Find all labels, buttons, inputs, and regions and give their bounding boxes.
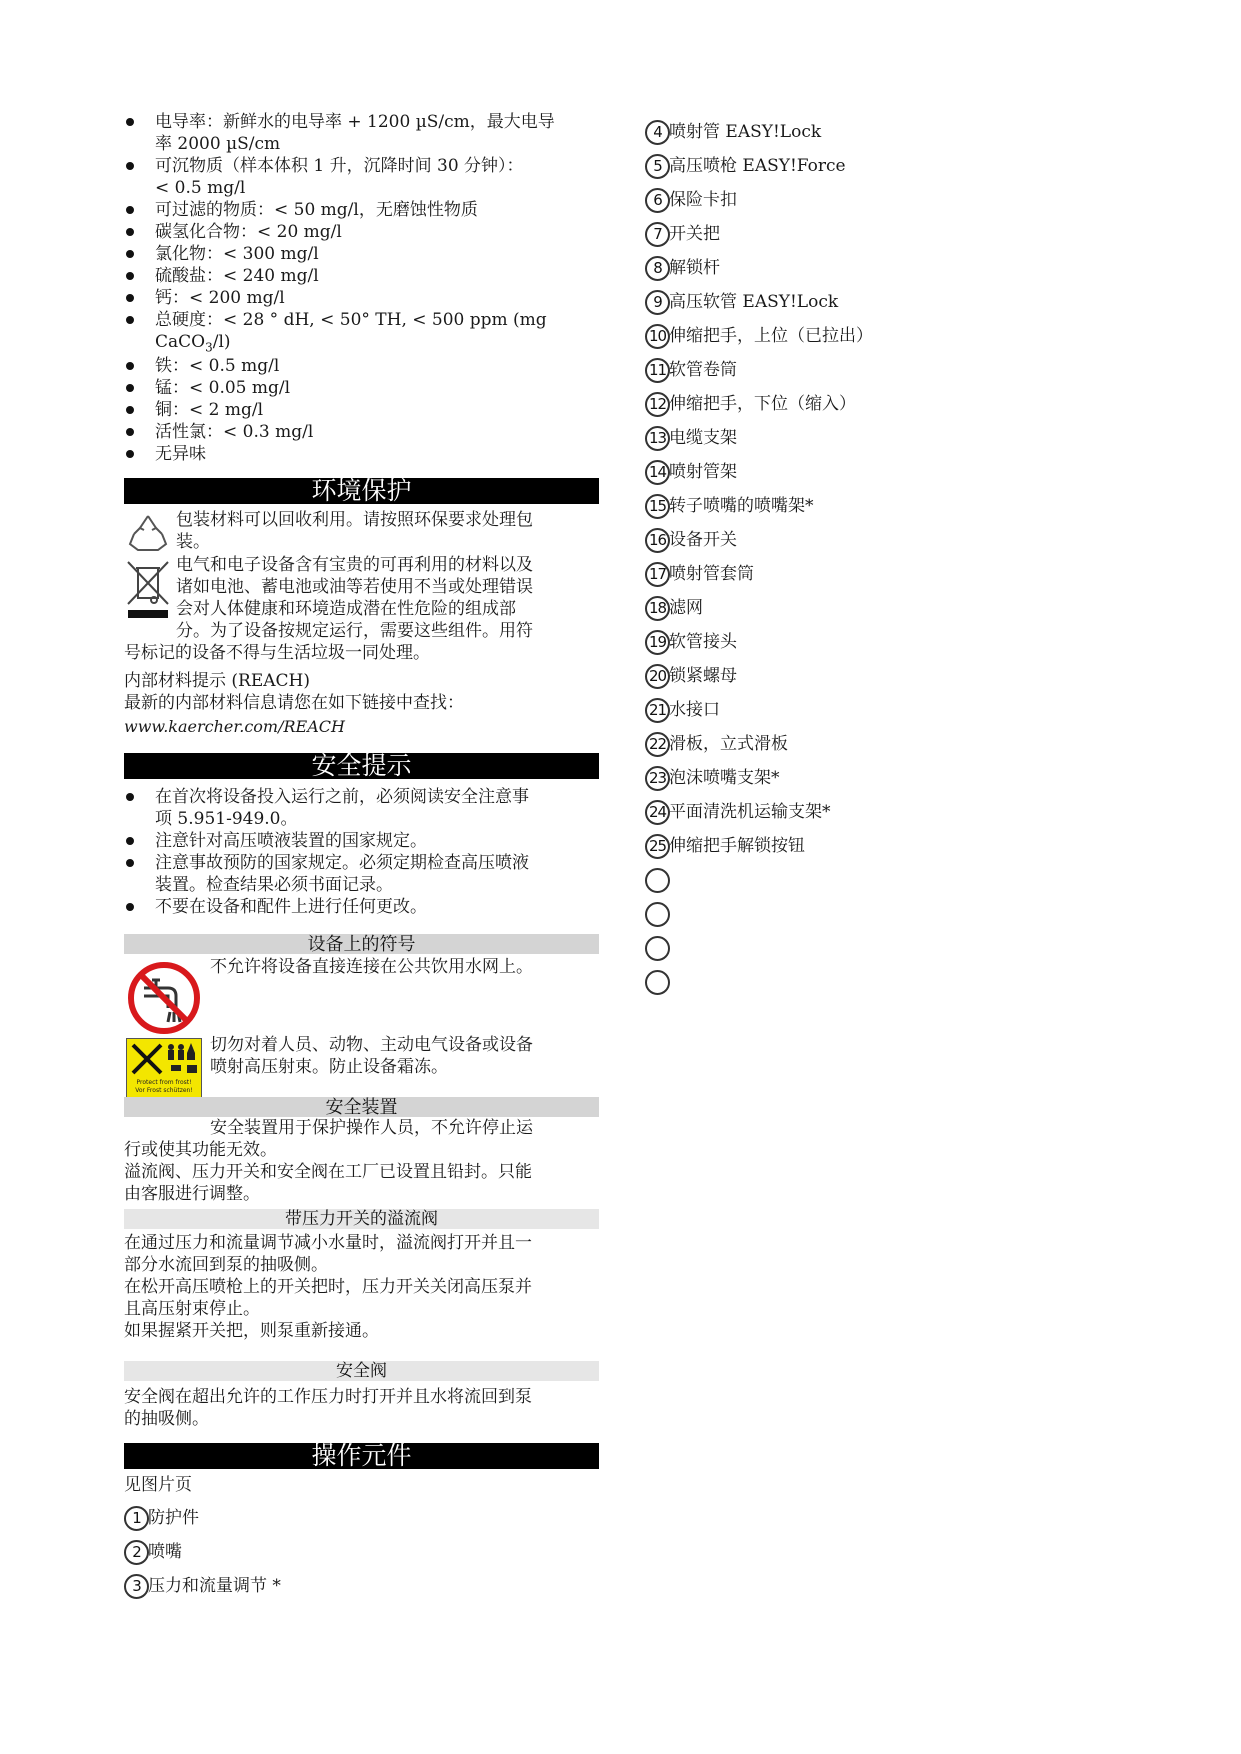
weee-bin-icon [126,560,170,620]
paragraph-line: 且高压射束停止。 [124,1298,260,1320]
number-circle-icon: 22 [645,732,670,757]
recycle-text-line: 包装材料可以回收利用。请按照环保要求处理包 [176,509,533,531]
symbol2-text-line: 切勿对着人员、动物、主动电气设备或设备 [210,1034,533,1056]
bullet-icon [126,793,134,801]
bullet-icon [126,294,134,302]
number-circle-icon: 20 [645,664,670,689]
symbol2-text-line: 喷射高压射束。防止设备霜冻。 [210,1056,448,1078]
number-circle-icon: 11 [645,358,670,383]
section-header-env: 环境保护 [124,478,599,504]
number-circle-icon: 16 [645,528,670,553]
number-circle-icon: 4 [645,120,670,145]
bullet-icon [126,859,134,867]
paragraph-line: 溢流阀、压力开关和安全阀在工厂已设置且铅封。只能 [124,1161,532,1183]
bullet-icon [126,316,134,324]
bullet-icon [126,228,134,236]
paragraph-line: 行或使其功能无效。 [124,1139,277,1161]
number-circle-icon: 10 [645,324,670,349]
number-circle-icon: 15 [645,494,670,519]
number-circle-icon: 19 [645,630,670,655]
paragraph-line: 部分水流回到泵的抽吸侧。 [124,1254,328,1276]
bullet-icon [126,250,134,258]
reach-link[interactable]: www.kaercher.com/REACH [124,716,345,738]
number-circle-icon: 7 [645,222,670,247]
protect-from-frost-warning-icon: Protect from frost! Vor Frost schützen! [126,1038,202,1098]
paragraph-line: 在通过压力和流量调节减小水量时，溢流阀打开并且一 [124,1232,532,1254]
number-circle-icon: 5 [645,154,670,179]
number-circle-icon: 21 [645,698,670,723]
section-header-safety: 安全提示 [124,753,599,779]
number-circle-icon: 6 [645,188,670,213]
recycle-icon [126,512,170,554]
weee-text-line: 号标记的设备不得与生活垃圾一同处理。 [124,642,430,664]
reach-text: 最新的内部材料信息请您在如下链接中查找： [124,692,464,714]
weee-text-line: 诸如电池、蓄电池或油等若使用不当或处理错误 [176,576,533,598]
number-circle-icon: 3 [124,1574,149,1599]
number-circle-icon: 9 [645,290,670,315]
number-circle-icon: 14 [645,460,670,485]
number-circle-icon: 23 [645,766,670,791]
section-header-safety-devices: 安全装置 [124,1097,599,1117]
weee-text-line: 电气和电子设备含有宝贵的可再利用的材料以及 [176,554,533,576]
number-circle-icon [645,902,670,927]
number-circle-icon: 17 [645,562,670,587]
paragraph-line: 由客服进行调整。 [124,1183,260,1205]
bullet-icon [126,272,134,280]
bullet-icon [126,428,134,436]
paragraph-line: 安全装置用于保护操作人员，不允许停止运 [210,1117,533,1139]
bullet-icon [126,206,134,214]
number-circle-icon: 25 [645,834,670,859]
controls-intro: 见图片页 [124,1474,192,1496]
paragraph-line: 的抽吸侧。 [124,1408,209,1430]
bullet-icon [126,903,134,911]
number-circle-icon: 18 [645,596,670,621]
no-drinking-water-connection-icon [126,960,202,1036]
bullet-icon [126,837,134,845]
recycle-text-line: 装。 [176,531,210,553]
symbol1-text: 不允许将设备直接连接在公共饮用水网上。 [210,956,533,978]
paragraph-line: 如果握紧开关把，则泵重新接通。 [124,1320,379,1342]
number-circle-icon: 2 [124,1540,149,1565]
paragraph-line: 在松开高压喷枪上的开关把时，压力开关关闭高压泵并 [124,1276,532,1298]
bullet-icon [126,384,134,392]
weee-text-line: 会对人体健康和环境造成潜在性危险的组成部 [176,598,516,620]
reach-title: 内部材料提示 (REACH) [124,670,310,692]
number-circle-icon: 24 [645,800,670,825]
bullet-icon [126,118,134,126]
section-header-controls: 操作元件 [124,1443,599,1469]
bullet-icon [126,450,134,458]
section-header-overflow-valve: 带压力开关的溢流阀 [124,1209,599,1229]
bullet-icon [126,162,134,170]
section-header-symbols: 设备上的符号 [124,934,599,954]
section-header-safety-valve: 安全阀 [124,1361,599,1381]
number-circle-icon: 8 [645,256,670,281]
bullet-icon [126,362,134,370]
number-circle-icon [645,970,670,995]
paragraph-line: 安全阀在超出允许的工作压力时打开并且水将流回到泵 [124,1386,532,1408]
number-circle-icon: 1 [124,1506,149,1531]
number-circle-icon: 13 [645,426,670,451]
number-circle-icon [645,868,670,893]
number-circle-icon [645,936,670,961]
number-circle-icon: 12 [645,392,670,417]
bullet-icon [126,406,134,414]
weee-text-line: 分。为了设备按规定运行，需要这些组件。用符 [176,620,533,642]
